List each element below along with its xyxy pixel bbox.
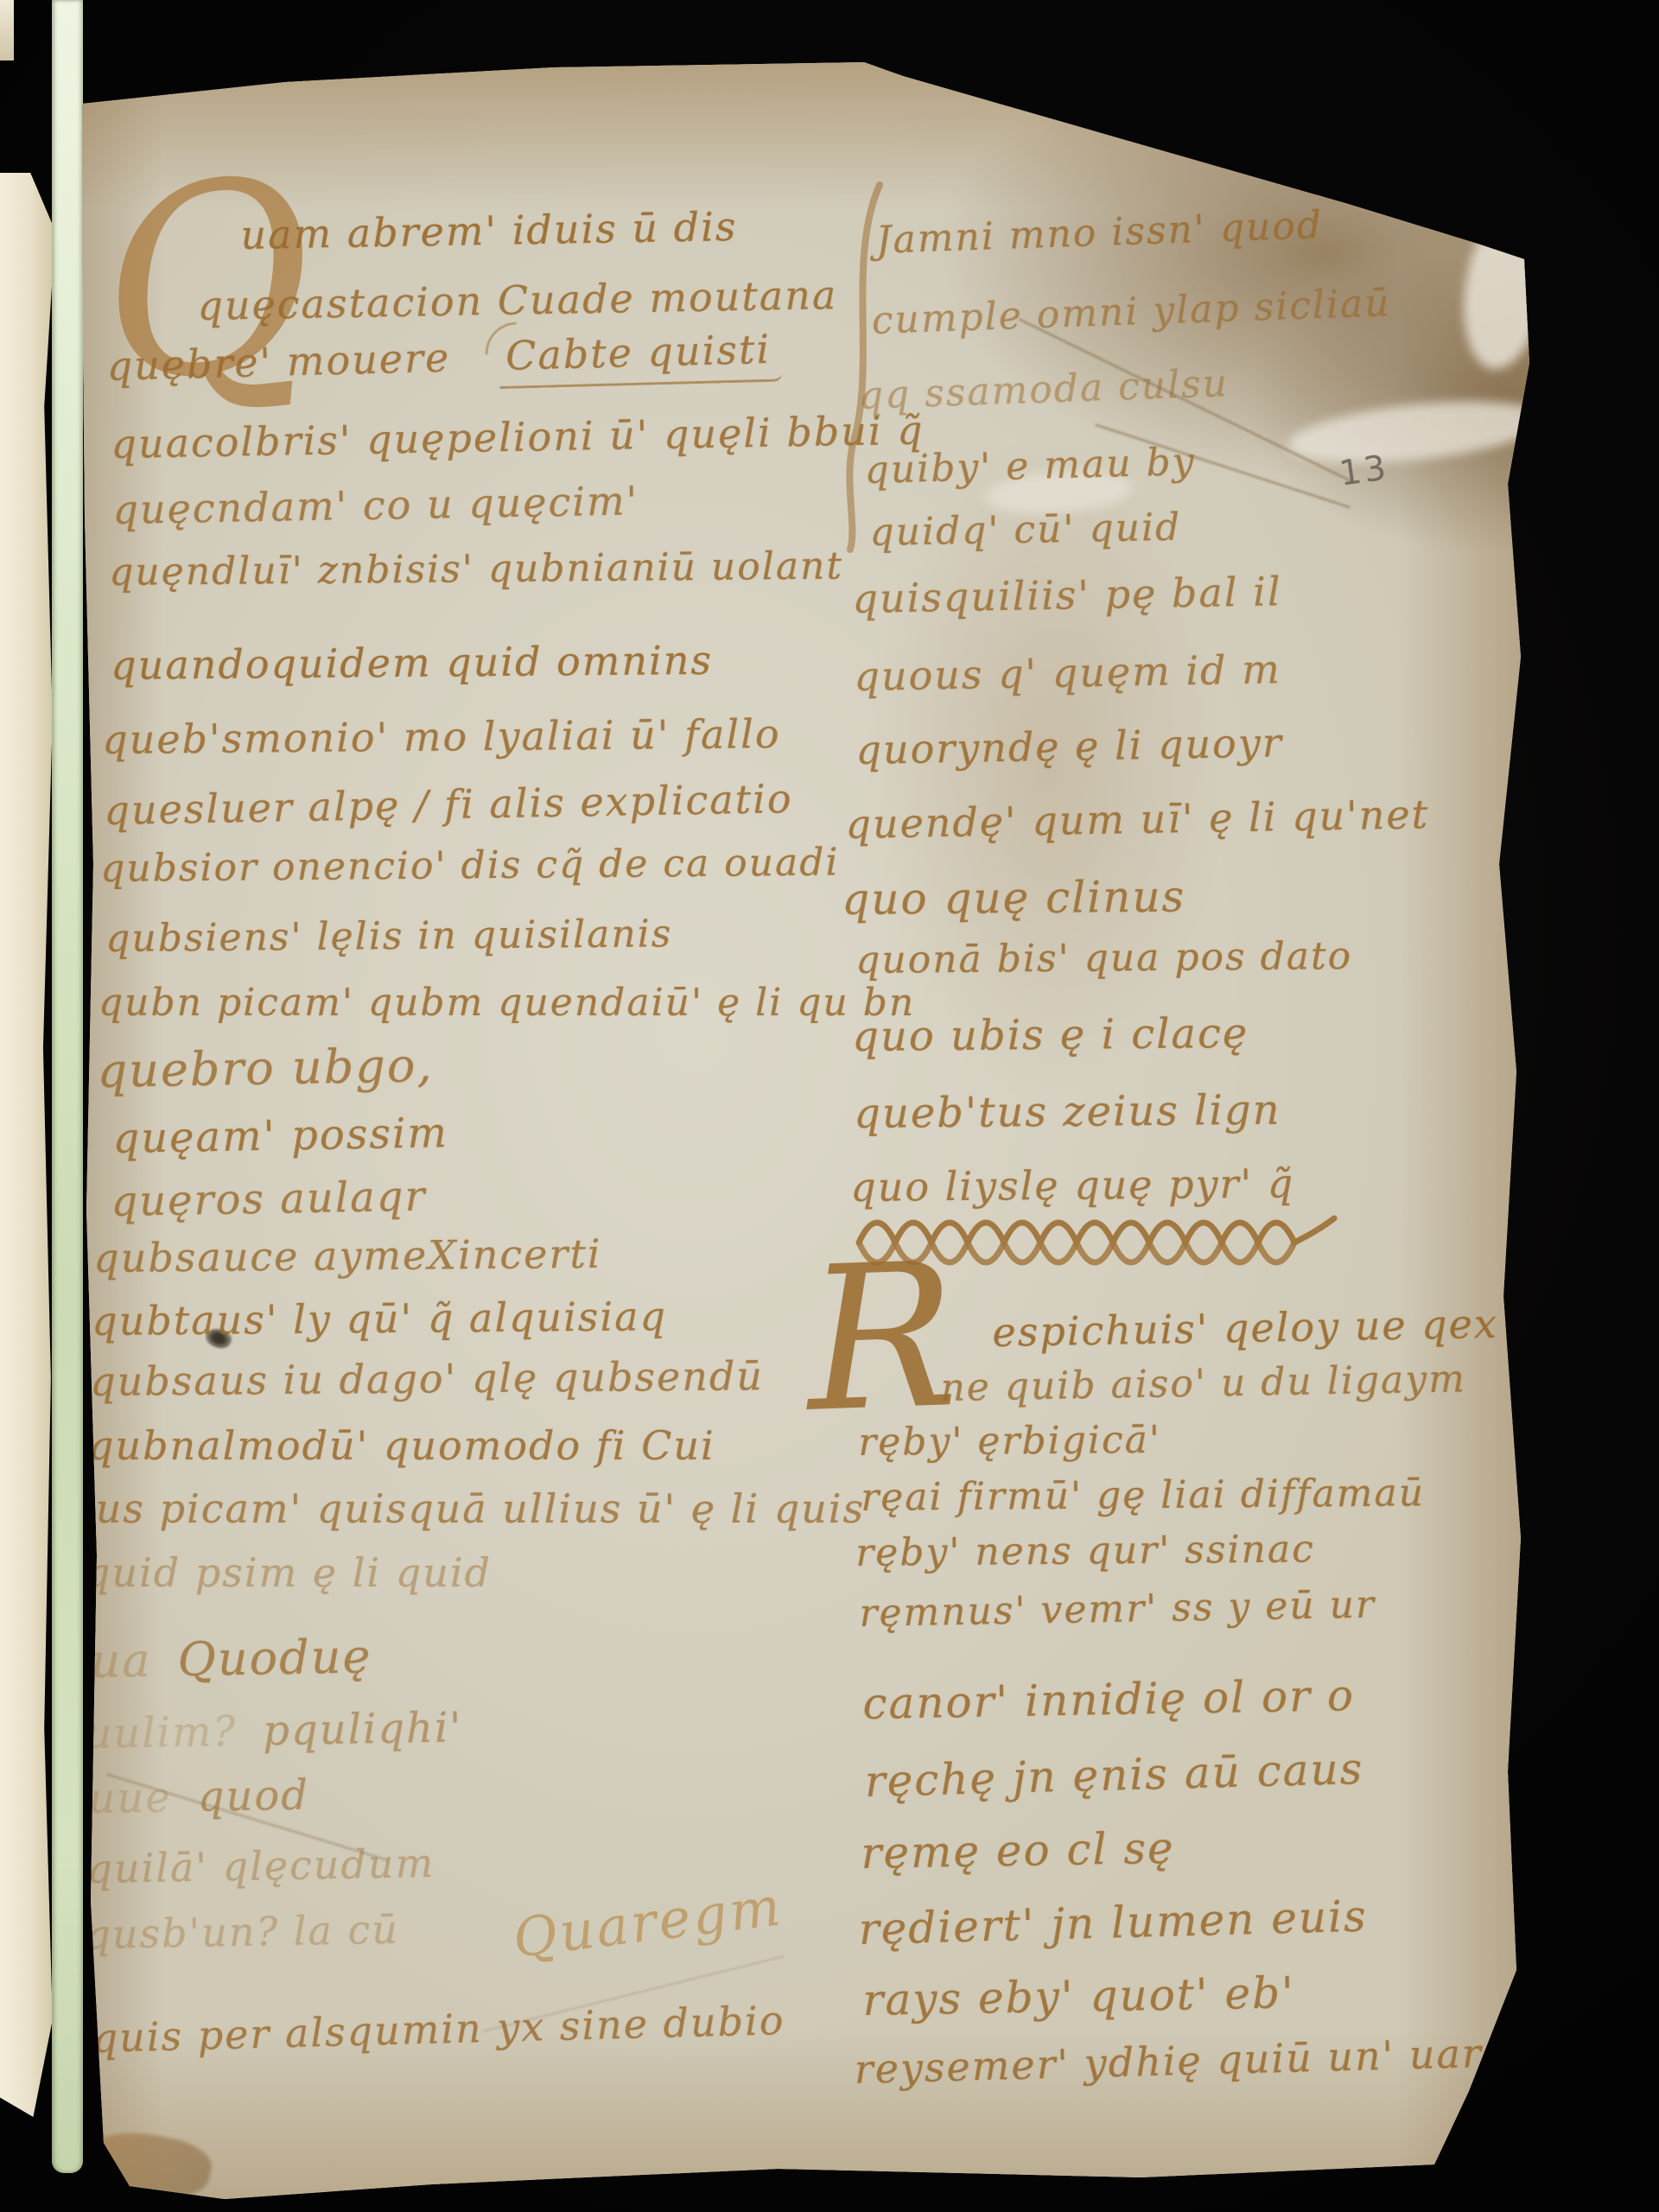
text-line: uaQuoduę [90, 1629, 372, 1688]
line-text: qubnalmodū' quomodo fi Cui [88, 1422, 715, 1469]
parchment-page: Q R 13 Quaregm uam abrem' iduis ū disquę… [76, 60, 1545, 2203]
line-text: quesluer alpę / fi alis explicatio [104, 775, 793, 834]
line-text: qubsiens' lęlis in quisilanis [105, 912, 673, 961]
line-text: quiby' e mau by [864, 440, 1196, 493]
line-text: cumple omni ylap sicliaū [871, 281, 1391, 343]
line-text: qubsaus iu dago' qlę qubsendū [90, 1352, 764, 1405]
faded-text-fragment: uulim? [85, 1707, 238, 1758]
line-text: quous q' quęm id m [854, 645, 1281, 700]
underlined-phrase: Cabte quisti [498, 326, 782, 390]
text-line: ręby' nens qur' ssinac [855, 1527, 1315, 1575]
line-text: quod [197, 1771, 309, 1821]
text-line: queb'tus zeius lign [854, 1086, 1281, 1138]
line-text: quid psim ę li quid [85, 1549, 492, 1596]
line-text: ręby' nens qur' ssinac [855, 1527, 1315, 1575]
text-line: reysemer' ydhię quiū un' uar [854, 2030, 1484, 2093]
line-text: quilā' qlęcudum [86, 1840, 435, 1892]
text-line: quidq' cū' quid [869, 505, 1182, 555]
text-line: espichuis' qeloy ue qex [992, 1300, 1498, 1356]
line-text: ręmnus' vemr' ss y eū ur [859, 1583, 1376, 1636]
underlying-folio-sliver [0, 0, 14, 60]
rope-divider-ornament [854, 1210, 1372, 1270]
text-line: qubn picam' qubm quendaiū' ę li qu bn [99, 981, 915, 1025]
text-line: quo quę clinus [842, 872, 1185, 925]
line-text: ius picam' quisquā ullius ū' ę li quis [81, 1485, 865, 1532]
text-line: qubsaus iu dago' qlę qubsendū [90, 1352, 764, 1405]
text-line: quid psim ę li quid [85, 1549, 492, 1596]
faded-text-fragment: ua [90, 1633, 152, 1688]
line-text: qubsauce aymeXincerti [93, 1230, 602, 1281]
page-corner-discoloration [77, 2124, 215, 2206]
text-line: ręmnus' vemr' ss y eū ur [859, 1583, 1376, 1636]
line-text: qubtaus' ly qū' q̃ alquisiaq [92, 1293, 667, 1344]
text-line: quęros aulaqr [111, 1173, 427, 1226]
text-line: qubsauce aymeXincerti [93, 1230, 602, 1281]
marginal-diagonal-word: Quaregm [510, 1874, 786, 1970]
underlying-folio-edge [0, 173, 55, 2117]
text-line: quandoquidem quid omnins [111, 637, 713, 689]
text-line: quo liyslę quę pyr' q̃ [850, 1160, 1294, 1211]
parchment-damage-patch [1285, 391, 1548, 473]
text-line: queb'smonio' mo lyaliai ū' fallo [102, 710, 781, 763]
text-line: ręchę jn ęnis aū caus [864, 1744, 1364, 1807]
line-text: canor' innidię ol or o [862, 1670, 1355, 1729]
text-line: quebro ubgo, [97, 1038, 434, 1098]
text-line: qubtaus' ly qū' q̃ alquisiaq [92, 1293, 667, 1344]
line-text: quidq' cū' quid [869, 505, 1182, 555]
line-text: reysemer' ydhię quiū un' uar [854, 2030, 1484, 2093]
line-text: quandoquidem quid omnins [111, 637, 713, 689]
line-text: Jamni mno issn' quod [875, 203, 1324, 263]
text-line: quoryndę ę li quoyr [855, 719, 1283, 773]
line-text: quęcastacion Cuade moutana [197, 271, 838, 329]
text-line: qubsiens' lęlis in quisilanis [105, 912, 673, 961]
line-text: pquliqhi' [263, 1703, 463, 1755]
text-line: quous q' quęm id m [854, 645, 1281, 700]
text-line: ne quib aiso' u du ligaym [940, 1357, 1466, 1410]
line-text: ręmę eo cl sę [861, 1823, 1175, 1878]
line-text: quebro ubgo, [97, 1038, 434, 1098]
text-line: quonā bis' qua pos dato [855, 934, 1352, 982]
line-text: quoryndę ę li quoyr [855, 719, 1283, 773]
manuscript-photo: Q R 13 Quaregm uam abrem' iduis ū disquę… [0, 0, 1659, 2212]
line-text: espichuis' qeloy ue qex [992, 1300, 1498, 1356]
text-line: quęndluī' znbisis' qubnianiū uolant [109, 544, 843, 594]
line-text: qubn picam' qubm quendaiū' ę li qu bn [99, 981, 915, 1025]
glass-holding-strip [52, 0, 83, 2173]
text-line: quęcastacion Cuade moutana [197, 271, 838, 329]
faded-text-fragment: uue [88, 1773, 172, 1823]
text-line: qubnalmodū' quomodo fi Cui [88, 1422, 715, 1469]
text-line: ręmę eo cl sę [861, 1823, 1175, 1878]
line-text: rays eby' quot' eb' [862, 1967, 1295, 2025]
text-line: quęam' possim [112, 1109, 448, 1163]
line-text: qq ssamoda culsu [858, 361, 1230, 418]
text-line: canor' innidię ol or o [862, 1670, 1355, 1729]
text-line: quiby' e mau by [864, 440, 1196, 493]
text-line: rędiert' jn lumen euis [858, 1891, 1368, 1955]
line-text: queb'smonio' mo lyaliai ū' fallo [102, 710, 781, 763]
line-text: quębre' mouere [106, 334, 451, 390]
line-text: ręchę jn ęnis aū caus [864, 1744, 1364, 1807]
line-text: quo quę clinus [842, 872, 1185, 925]
line-text: ne quib aiso' u du ligaym [940, 1357, 1466, 1410]
line-text: ręai firmū' gę liai diffamaū [861, 1471, 1425, 1520]
line-text: quonā bis' qua pos dato [855, 934, 1352, 982]
text-line: cumple omni ylap sicliaū [871, 281, 1391, 343]
text-line: uulim?pquliqhi' [85, 1703, 463, 1758]
line-text: ręby' ęrbigicā' [858, 1418, 1161, 1465]
line-text: quo liyslę quę pyr' q̃ [850, 1160, 1294, 1211]
text-line: quendę' qum uī' ę li qu'net [845, 791, 1430, 848]
text-line: qubsior onencio' dis cq̃ de ca ouadi [100, 841, 840, 891]
text-line: quesluer alpę / fi alis explicatio [104, 775, 793, 834]
line-text: uam abrem' iduis ū dis [240, 203, 738, 258]
text-line: quisquiliis' pę bal il [852, 568, 1282, 622]
folio-number-pencil: 13 [1337, 448, 1391, 493]
text-line: Jamni mno issn' quod [875, 203, 1324, 263]
text-line: qusb'un? la cū [85, 1906, 399, 1958]
text-line: uam abrem' iduis ū dis [240, 203, 738, 258]
line-text: quęndluī' znbisis' qubnianiū uolant [109, 544, 843, 594]
line-text: quęam' possim [112, 1109, 448, 1163]
line-text: quis per alsqumin yx sine dubio [92, 1997, 785, 2062]
line-text: qubsior onencio' dis cq̃ de ca ouadi [100, 841, 840, 891]
text-line: qq ssamoda culsu [858, 361, 1230, 418]
line-text: quęcndam' co u quęcim' [112, 477, 639, 533]
line-text: qusb'un? la cū [85, 1906, 399, 1958]
line-text: Quoduę [177, 1629, 372, 1687]
text-line: quo ubis ę i clacę [852, 1009, 1249, 1061]
text-line: ręai firmū' gę liai diffamaū [861, 1471, 1425, 1520]
text-line: quis per alsqumin yx sine dubio [92, 1997, 785, 2062]
line-text: quisquiliis' pę bal il [852, 568, 1282, 622]
text-line: rays eby' quot' eb' [862, 1967, 1295, 2025]
text-line: uuequod [88, 1771, 309, 1823]
text-line: ręby' ęrbigicā' [858, 1418, 1161, 1465]
line-text: quęros aulaqr [111, 1173, 427, 1226]
line-text: queb'tus zeius lign [854, 1086, 1281, 1138]
text-line: ius picam' quisquā ullius ū' ę li quis [81, 1485, 865, 1532]
line-text: rędiert' jn lumen euis [858, 1891, 1368, 1955]
line-text: quo ubis ę i clacę [852, 1009, 1249, 1061]
parchment-damage-patch [1453, 200, 1558, 375]
text-line: quęcndam' co u quęcim' [112, 477, 639, 533]
text-line: quilā' qlęcudum [86, 1840, 435, 1892]
line-text: quendę' qum uī' ę li qu'net [845, 791, 1430, 848]
